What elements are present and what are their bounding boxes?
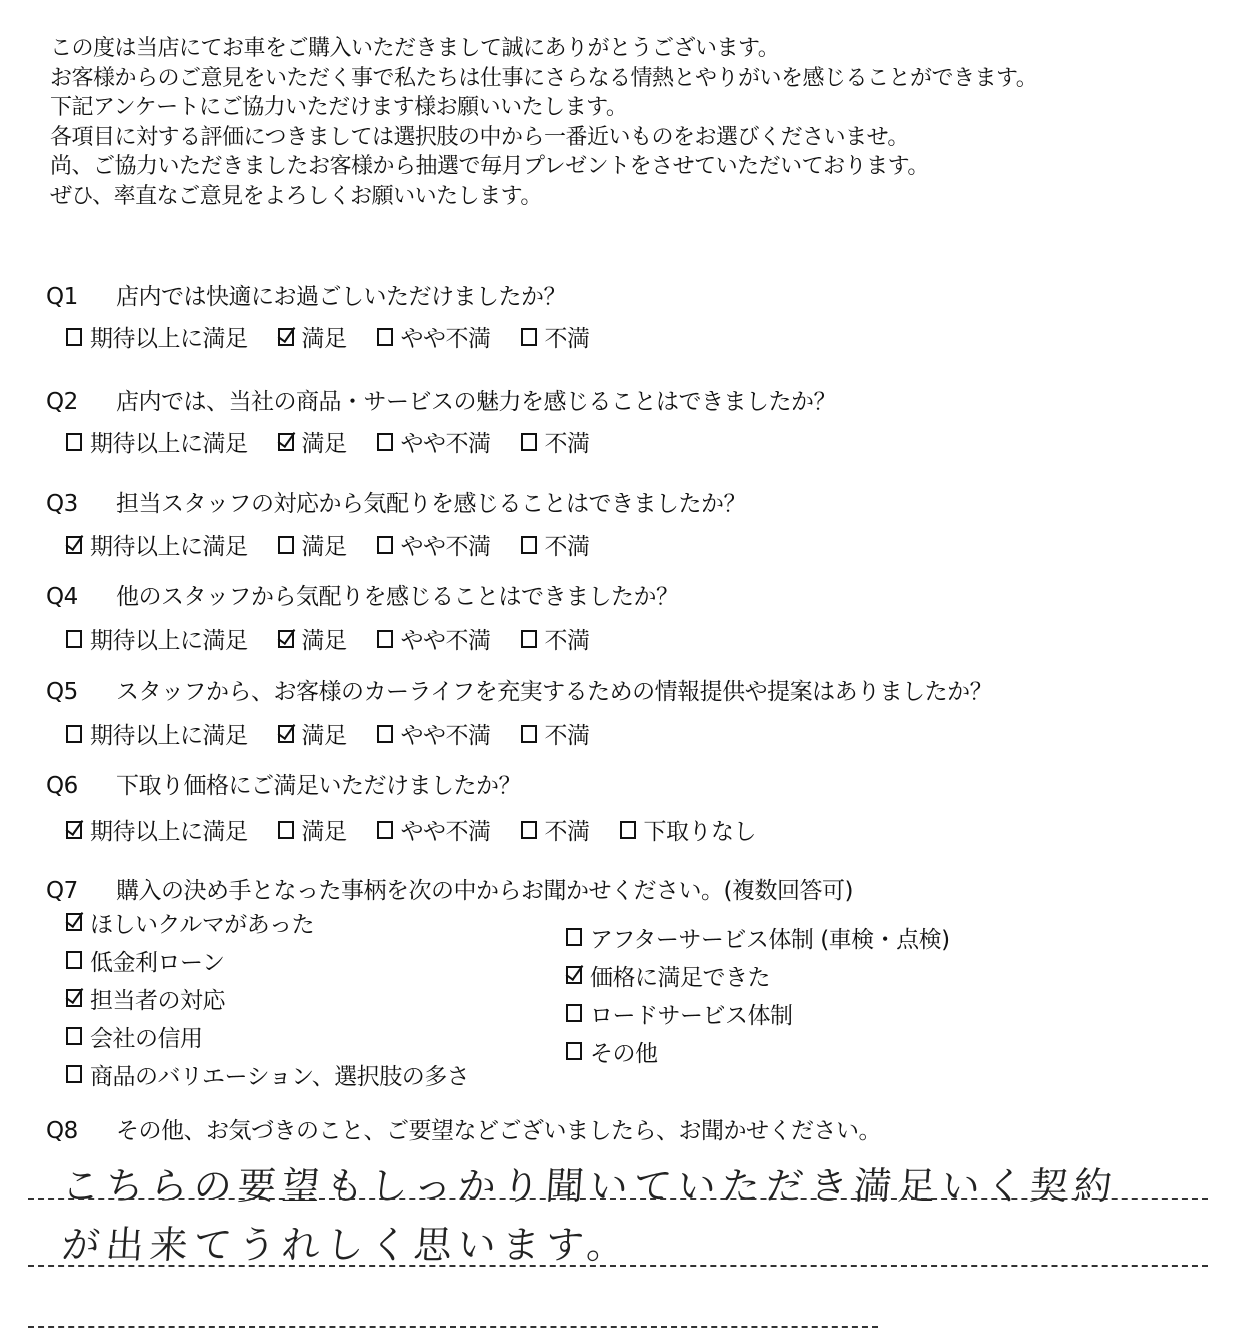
- option-checkbox[interactable]: 下取りなし: [620, 813, 757, 846]
- answer-options: 期待以上に満足満足やや不満不満: [66, 425, 620, 458]
- checked-box-icon[interactable]: [278, 725, 294, 743]
- option-checkbox[interactable]: やや不満: [377, 320, 491, 353]
- checked-box-icon[interactable]: [66, 913, 82, 931]
- q7-option[interactable]: 価格に満足できた: [566, 960, 950, 990]
- option-label: やや不満: [401, 425, 491, 458]
- option-checkbox[interactable]: 期待以上に満足: [66, 425, 248, 458]
- checked-box-icon[interactable]: [278, 328, 294, 346]
- q7-option[interactable]: 商品のバリエーション、選択肢の多さ: [66, 1059, 469, 1089]
- intro-line: 下記アンケートにご協力いただけます様お願いいたします。: [50, 93, 1037, 123]
- option-checkbox[interactable]: やや不満: [377, 813, 491, 846]
- question-q6: Q6下取り価格にご満足いただけましたか？: [46, 767, 521, 800]
- empty-box-icon[interactable]: [521, 328, 537, 346]
- checked-box-icon[interactable]: [66, 536, 82, 554]
- checked-box-icon[interactable]: [66, 821, 82, 839]
- empty-box-icon[interactable]: [66, 725, 82, 743]
- empty-box-icon[interactable]: [377, 328, 393, 346]
- option-checkbox[interactable]: やや不満: [377, 717, 491, 750]
- option-checkbox[interactable]: 不満: [521, 425, 590, 458]
- empty-box-icon[interactable]: [377, 821, 393, 839]
- answer-options: 期待以上に満足満足やや不満不満: [66, 622, 620, 655]
- answer-options: 期待以上に満足満足やや不満不満下取りなし: [66, 813, 786, 846]
- empty-box-icon[interactable]: [566, 1004, 582, 1022]
- q7-option[interactable]: ほしいクルマがあった: [66, 907, 469, 937]
- option-label: 満足: [302, 425, 347, 458]
- option-label: 満足: [302, 813, 347, 846]
- intro-line: 各項目に対する評価につきましては選択肢の中から一番近いものをお選びくださいませ。: [50, 123, 1037, 153]
- option-label: 期待以上に満足: [90, 717, 248, 750]
- empty-box-icon[interactable]: [377, 536, 393, 554]
- question-number: Q1: [46, 284, 116, 310]
- question-text: スタッフから、お客様のカーライフを充実するための情報提供や提案はありましたか？: [116, 679, 992, 705]
- checked-box-icon[interactable]: [566, 966, 582, 984]
- option-label: 期待以上に満足: [90, 622, 248, 655]
- option-checkbox[interactable]: 期待以上に満足: [66, 320, 248, 353]
- question-number: Q2: [46, 389, 116, 415]
- q7-options-right: アフターサービス体制 (車検・点検)価格に満足できたロードサービス体制その他: [566, 922, 980, 1074]
- question-number: Q7: [46, 878, 116, 904]
- q7-option[interactable]: ロードサービス体制: [566, 998, 950, 1028]
- answer-options: 期待以上に満足満足やや不満不満: [66, 717, 620, 750]
- option-label: 商品のバリエーション、選択肢の多さ: [90, 1058, 469, 1091]
- question-q7: Q7購入の決め手となった事柄を次の中からお聞かせください。(複数回答可): [46, 872, 853, 905]
- empty-box-icon[interactable]: [521, 725, 537, 743]
- option-label: 会社の信用: [90, 1020, 203, 1053]
- question-q8: Q8その他、お気づきのこと、ご要望などございましたら、お聞かせください。: [46, 1112, 881, 1145]
- empty-box-icon[interactable]: [66, 1065, 82, 1083]
- handwritten-answer-line: こちらの要望もしっかり聞いていただき満足いく契約: [60, 1155, 1120, 1210]
- option-label: やや不満: [401, 717, 491, 750]
- question-q2: Q2店内では、当社の商品・サービスの魅力を感じることはできましたか？: [46, 383, 836, 416]
- answer-options: 期待以上に満足満足やや不満不満: [66, 320, 620, 353]
- intro-line: 尚、ご協力いただきましたお客様から抽選で毎月プレゼントをさせていただいております…: [50, 152, 1037, 182]
- option-checkbox[interactable]: やや不満: [377, 528, 491, 561]
- question-text: 店内では、当社の商品・サービスの魅力を感じることはできましたか？: [116, 389, 836, 415]
- empty-box-icon[interactable]: [521, 821, 537, 839]
- option-checkbox[interactable]: 不満: [521, 622, 590, 655]
- option-checkbox[interactable]: 満足: [278, 425, 347, 458]
- option-label: ほしいクルマがあった: [90, 906, 314, 939]
- option-label: アフターサービス体制 (車検・点検): [590, 921, 950, 954]
- empty-box-icon[interactable]: [278, 821, 294, 839]
- question-text: 購入の決め手となった事柄を次の中からお聞かせください。(複数回答可): [116, 878, 853, 904]
- empty-box-icon[interactable]: [66, 328, 82, 346]
- checked-box-icon[interactable]: [278, 433, 294, 451]
- intro-line: この度は当店にてお車をご購入いただきまして誠にありがとうございます。: [50, 34, 1037, 64]
- option-label: 不満: [545, 813, 590, 846]
- question-text: その他、お気づきのこと、ご要望などございましたら、お聞かせください。: [116, 1118, 881, 1144]
- question-number: Q4: [46, 584, 116, 610]
- option-checkbox[interactable]: 不満: [521, 813, 590, 846]
- empty-box-icon[interactable]: [566, 928, 582, 946]
- option-label: 満足: [302, 320, 347, 353]
- option-checkbox[interactable]: やや不満: [377, 622, 491, 655]
- question-number: Q6: [46, 773, 116, 799]
- option-label: やや不満: [401, 528, 491, 561]
- option-label: 期待以上に満足: [90, 425, 248, 458]
- empty-box-icon[interactable]: [377, 630, 393, 648]
- option-checkbox[interactable]: 満足: [278, 320, 347, 353]
- q7-option[interactable]: 担当者の対応: [66, 983, 469, 1013]
- option-label: 下取りなし: [644, 813, 757, 846]
- option-label: 不満: [545, 320, 590, 353]
- answer-dashed-line: [28, 1265, 1208, 1267]
- option-label: その他: [590, 1035, 658, 1068]
- answer-dashed-line: [28, 1326, 878, 1328]
- option-label: 不満: [545, 622, 590, 655]
- empty-box-icon[interactable]: [566, 1042, 582, 1060]
- question-number: Q3: [46, 491, 116, 517]
- handwritten-answer-line: が出来てうれしく思います。: [60, 1214, 633, 1269]
- option-label: 不満: [545, 528, 590, 561]
- question-q3: Q3担当スタッフの対応から気配りを感じることはできましたか？: [46, 485, 746, 518]
- option-label: 価格に満足できた: [590, 959, 770, 992]
- question-q4: Q4他のスタッフから気配りを感じることはできましたか？: [46, 578, 679, 611]
- question-q1: Q1店内では快適にお過ごしいただけましたか？: [46, 278, 566, 311]
- option-label: 満足: [302, 528, 347, 561]
- empty-box-icon[interactable]: [66, 1027, 82, 1045]
- option-checkbox[interactable]: 不満: [521, 717, 590, 750]
- intro-line: ぜひ、率直なご意見をよろしくお願いいたします。: [50, 182, 1037, 212]
- question-text: 店内では快適にお過ごしいただけましたか？: [116, 284, 566, 310]
- q7-option[interactable]: 低金利ローン: [66, 945, 469, 975]
- checked-box-icon[interactable]: [66, 989, 82, 1007]
- option-checkbox[interactable]: やや不満: [377, 425, 491, 458]
- empty-box-icon[interactable]: [521, 433, 537, 451]
- option-label: 担当者の対応: [90, 982, 225, 1015]
- option-checkbox[interactable]: 満足: [278, 717, 347, 750]
- checked-box-icon[interactable]: [278, 630, 294, 648]
- option-checkbox[interactable]: 不満: [521, 320, 590, 353]
- option-checkbox[interactable]: 期待以上に満足: [66, 813, 248, 846]
- option-checkbox[interactable]: 満足: [278, 622, 347, 655]
- option-label: 不満: [545, 425, 590, 458]
- q7-option[interactable]: アフターサービス体制 (車検・点検): [566, 922, 950, 952]
- option-checkbox[interactable]: 期待以上に満足: [66, 717, 248, 750]
- question-number: Q8: [46, 1118, 116, 1144]
- option-checkbox[interactable]: 不満: [521, 528, 590, 561]
- empty-box-icon[interactable]: [66, 433, 82, 451]
- option-label: 満足: [302, 717, 347, 750]
- q7-option[interactable]: その他: [566, 1036, 950, 1066]
- empty-box-icon[interactable]: [66, 951, 82, 969]
- answer-dashed-line: [28, 1198, 1208, 1200]
- intro-text: この度は当店にてお車をご購入いただきまして誠にありがとうございます。 お客様から…: [50, 34, 1037, 211]
- option-label: 低金利ローン: [90, 944, 225, 977]
- empty-box-icon[interactable]: [66, 630, 82, 648]
- option-label: やや不満: [401, 622, 491, 655]
- option-checkbox[interactable]: 期待以上に満足: [66, 528, 248, 561]
- empty-box-icon[interactable]: [278, 536, 294, 554]
- option-label: やや不満: [401, 320, 491, 353]
- option-checkbox[interactable]: 期待以上に満足: [66, 622, 248, 655]
- option-label: 不満: [545, 717, 590, 750]
- q7-options-left: ほしいクルマがあった低金利ローン担当者の対応会社の信用商品のバリエーション、選択…: [66, 907, 499, 1097]
- option-label: やや不満: [401, 813, 491, 846]
- option-checkbox[interactable]: 満足: [278, 813, 347, 846]
- option-label: 期待以上に満足: [90, 320, 248, 353]
- option-label: 満足: [302, 622, 347, 655]
- option-label: ロードサービス体制: [590, 997, 793, 1030]
- intro-line: お客様からのご意見をいただく事で私たちは仕事にさらなる情熱とやりがいを感じること…: [50, 64, 1037, 94]
- empty-box-icon[interactable]: [377, 433, 393, 451]
- option-label: 期待以上に満足: [90, 528, 248, 561]
- answer-options: 期待以上に満足満足やや不満不満: [66, 528, 620, 561]
- question-text: 下取り価格にご満足いただけましたか？: [116, 773, 521, 799]
- option-label: 期待以上に満足: [90, 813, 248, 846]
- question-q5: Q5スタッフから、お客様のカーライフを充実するための情報提供や提案はありましたか…: [46, 673, 992, 706]
- question-text: 担当スタッフの対応から気配りを感じることはできましたか？: [116, 491, 746, 517]
- question-text: 他のスタッフから気配りを感じることはできましたか？: [116, 584, 679, 610]
- empty-box-icon[interactable]: [620, 821, 636, 839]
- q7-option[interactable]: 会社の信用: [66, 1021, 469, 1051]
- question-number: Q5: [46, 679, 116, 705]
- empty-box-icon[interactable]: [521, 630, 537, 648]
- empty-box-icon[interactable]: [377, 725, 393, 743]
- empty-box-icon[interactable]: [521, 536, 537, 554]
- option-checkbox[interactable]: 満足: [278, 528, 347, 561]
